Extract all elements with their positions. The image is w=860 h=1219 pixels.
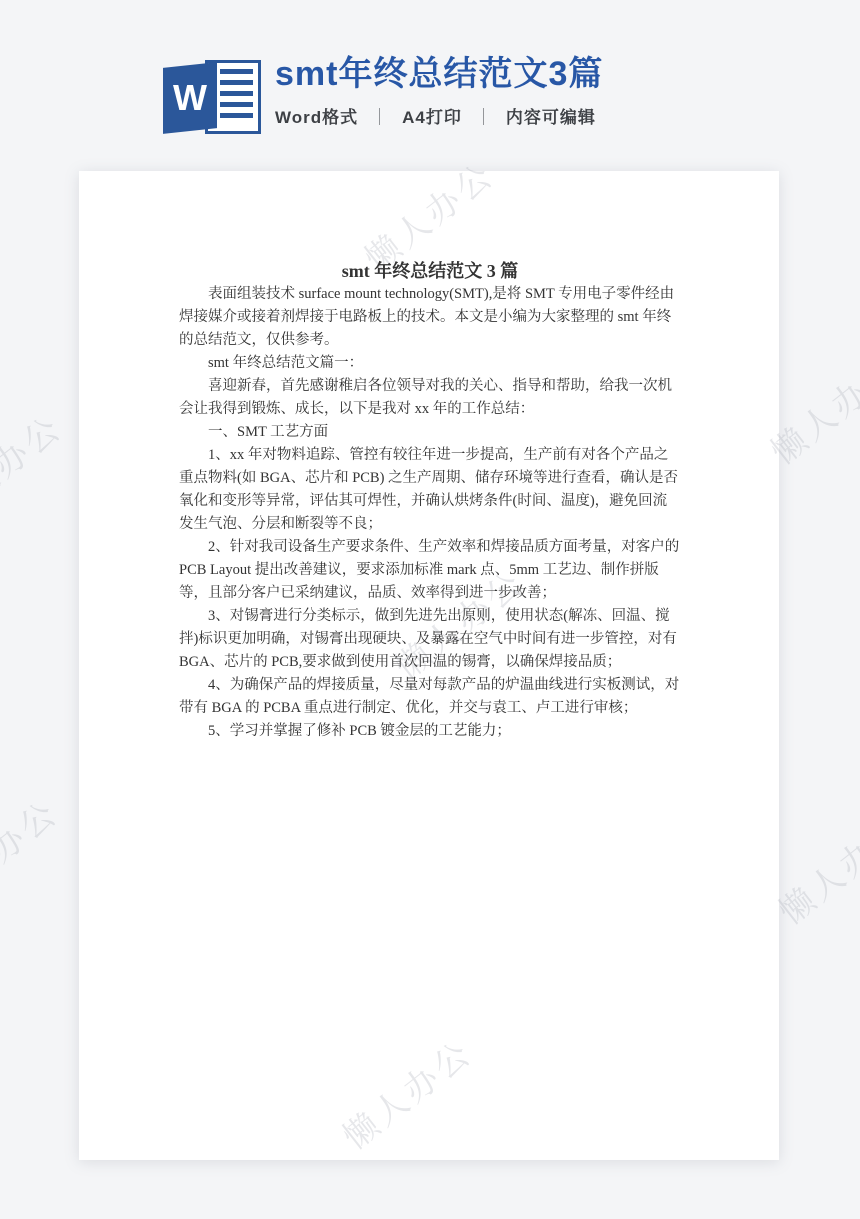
header-text-block: smt年终总结范文3篇 Word格式｜A4打印｜内容可编辑 [275, 54, 603, 128]
watermark-text: 懒人办公 [767, 801, 860, 933]
watermark-text: 懒人办公 [0, 401, 71, 533]
list-item: 3、对锡膏进行分类标示，做到先进先出原则，使用状态(解冻、回温、搅拌)标识更加明… [179, 605, 681, 674]
separator-bar: ｜ [475, 108, 493, 127]
format-a4: A4打印 [402, 108, 462, 127]
format-subtitle: Word格式｜A4打印｜内容可编辑 [275, 103, 603, 128]
list-item: 5、学习并掌握了修补 PCB 镀金层的工艺能力； [179, 720, 681, 743]
list-item: 4、为确保产品的焊接质量，尽量对每款产品的炉温曲线进行实板测试，对带有 BGA … [179, 674, 681, 720]
format-word: Word格式 [275, 108, 358, 127]
word-icon-lines [220, 69, 253, 124]
list-item: 1、xx 年对物料追踪、管控有较往年进一步提高，生产前有对各个产品之重点物料(如… [179, 444, 681, 536]
paragraph: 表面组装技术 surface mount technology(SMT),是将 … [179, 283, 681, 352]
list-item: 2、针对我司设备生产要求条件、生产效率和焊接品质方面考量，对客户的 PCB La… [179, 536, 681, 605]
site-header: W smt年终总结范文3篇 Word格式｜A4打印｜内容可编辑 [0, 0, 860, 160]
document-title: smt 年终总结范文 3 篇 [179, 259, 681, 283]
document-body: smt 年终总结范文 3 篇 表面组装技术 surface mount tech… [79, 171, 779, 743]
paragraph: smt 年终总结范文篇一： [179, 352, 681, 375]
paragraph: 喜迎新春，首先感谢稚启各位领导对我的关心、指导和帮助，给我一次机会让我得到锻炼、… [179, 375, 681, 421]
format-editable: 内容可编辑 [506, 108, 596, 127]
page-title: smt年终总结范文3篇 [275, 54, 603, 94]
watermark-text: 懒人办公 [0, 786, 67, 918]
separator-bar: ｜ [371, 108, 389, 127]
document-page: smt 年终总结范文 3 篇 表面组装技术 surface mount tech… [79, 171, 779, 1160]
word-icon-panel: W [163, 62, 217, 134]
word-icon: W [163, 56, 267, 142]
section-heading: 一、SMT 工艺方面 [179, 421, 681, 444]
word-icon-letter: W [173, 80, 207, 116]
